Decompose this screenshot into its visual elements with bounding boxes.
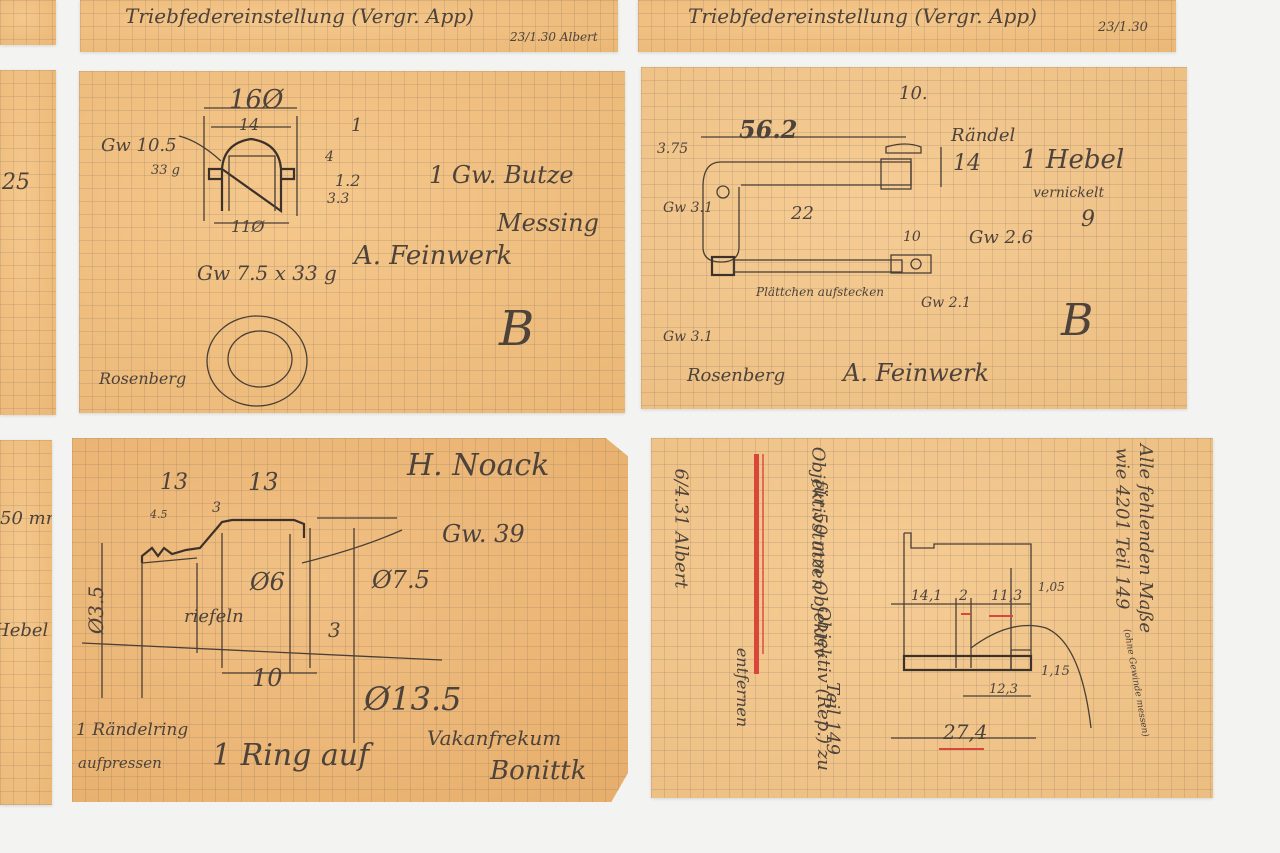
note-gw-4: Gw 3.1 bbox=[663, 329, 713, 345]
card-lever: 10. 56.2 3.75 Rändel 14 22 10 Gw 3.1 Gw … bbox=[641, 67, 1187, 409]
top-left-strip-card: Triebfedereinstellung (Vergr. App) 23/1.… bbox=[80, 0, 618, 52]
card-ring: H. Noack 13 13 4.5 3 Ø3.5 Ø6 riefeln 3 1… bbox=[72, 438, 628, 802]
note-gw-1: Gw 3.1 bbox=[663, 200, 713, 216]
dim-11-3: 11,3 bbox=[991, 588, 1022, 604]
bottom-note-4: Bonittk bbox=[490, 756, 586, 786]
right-note-3: A. Feinwerk bbox=[354, 241, 512, 271]
dim-bottom: 11Ø bbox=[231, 217, 264, 236]
right-note-1: 1 Gw. Butze bbox=[429, 161, 574, 189]
dim-top: 10. bbox=[899, 83, 928, 104]
bottom-left-note: Rosenberg bbox=[687, 365, 785, 386]
dim-top-2: 13 bbox=[248, 468, 279, 496]
bottom-mid-note: A. Feinwerk bbox=[843, 359, 989, 387]
bottom-left-note: Rosenberg bbox=[99, 369, 186, 388]
date-vertical: 6/4.31 Albert bbox=[671, 468, 692, 588]
label-riefeln: riefeln bbox=[184, 606, 244, 627]
dim-10: 10 bbox=[903, 229, 921, 245]
right-note-1: 1 Hebel bbox=[1021, 145, 1124, 175]
dim-2: 2 bbox=[959, 588, 968, 604]
bottom-note-3: 1 Ring auf bbox=[212, 738, 369, 773]
header-name: H. Noack bbox=[407, 448, 549, 483]
dim-outer: 16Ø bbox=[229, 85, 283, 115]
dim-27-4: 27,4 bbox=[943, 720, 988, 744]
dim-1-05: 1,05 bbox=[1038, 580, 1065, 594]
right-note-3: 9 bbox=[1081, 207, 1095, 232]
red-underline-3 bbox=[939, 748, 984, 750]
dim-left: Ø3.5 bbox=[84, 586, 108, 634]
top-right-strip-card: Triebfedereinstellung (Vergr. App) 23/1.… bbox=[638, 0, 1176, 52]
left-fragment-text: Hebel bbox=[0, 620, 48, 641]
rotated-col-4: Objektiv (Rep.) zu bbox=[813, 606, 834, 771]
dim-14: 14 bbox=[953, 151, 981, 176]
left-edge-card-top-strip bbox=[0, 0, 56, 45]
dim-big: Ø13.5 bbox=[364, 680, 461, 718]
dim-outer: Ø7.5 bbox=[372, 566, 430, 594]
note-plate: Plättchen aufstecken bbox=[756, 285, 884, 299]
card-threaded-cap: 16Ø 14 11Ø 1 4 1.2 3.3 Gw 10.5 33 g Gw 7… bbox=[79, 71, 625, 413]
dim-top-1: 13 bbox=[160, 470, 188, 495]
red-underline-2 bbox=[989, 615, 1013, 617]
dim-right-1: 1 bbox=[351, 115, 362, 136]
note-gw-2: Gw 2.6 bbox=[969, 227, 1033, 248]
note-gw: Gw. 39 bbox=[442, 520, 525, 548]
dim-22: 22 bbox=[791, 203, 814, 224]
note-right: Vakanfrekum bbox=[427, 726, 561, 750]
dim-left: 3.75 bbox=[657, 141, 688, 157]
bottom-note-2: aufpressen bbox=[78, 754, 162, 772]
left-note: Gw 10.5 bbox=[101, 135, 177, 156]
left-edge-card-middle: 25 bbox=[0, 70, 56, 415]
strip-heading: Triebfedereinstellung (Vergr. App) bbox=[688, 4, 1037, 28]
strip-heading: Triebfedereinstellung (Vergr. App) bbox=[125, 4, 474, 28]
card-objective-tube: 6/4.31 Albert Objektivstutzen für 50 mm … bbox=[651, 438, 1213, 798]
dim-14-1: 14,1 bbox=[911, 588, 942, 604]
dim-small-1: 4.5 bbox=[150, 508, 168, 521]
dim-inner: 14 bbox=[239, 115, 259, 134]
dim-right: 3 bbox=[328, 618, 341, 642]
right-note-2: vernickelt bbox=[1033, 185, 1104, 201]
dim-right-3: 1.2 bbox=[335, 171, 360, 190]
strip-date: 23/1.30 Albert bbox=[510, 30, 598, 44]
note-gw-3: Gw 2.1 bbox=[921, 295, 971, 311]
label-raendel: Rändel bbox=[951, 125, 1015, 146]
left-note-2: 33 g bbox=[151, 163, 180, 178]
left-edge-card-bottom: 50 mm Hebel bbox=[0, 440, 52, 805]
dim-center: Ø6 bbox=[250, 568, 285, 596]
red-underline-1 bbox=[961, 613, 971, 615]
initials: B bbox=[499, 301, 534, 357]
initials: B bbox=[1061, 295, 1093, 346]
right-note-1: Alle fehlenden Maße bbox=[1135, 444, 1156, 633]
left-fragment-text: 50 mm bbox=[0, 508, 52, 529]
dim-right-4: 3.3 bbox=[327, 191, 349, 207]
dim-1-15: 1,15 bbox=[1041, 664, 1070, 679]
mid-note: Gw 7.5 x 33 g bbox=[197, 261, 337, 285]
dim-small-2: 3 bbox=[212, 500, 221, 516]
dim-12-3: 12,3 bbox=[989, 682, 1018, 697]
dim-bottom: 10 bbox=[252, 664, 283, 692]
left-fragment-text: 25 bbox=[2, 170, 30, 195]
right-note-2: wie 4201 Teil 149 bbox=[1111, 448, 1132, 610]
rotated-col-5: entfernen bbox=[733, 648, 752, 727]
strip-date: 23/1.30 bbox=[1098, 20, 1148, 35]
bottom-note-1: 1 Rändelring bbox=[76, 720, 188, 740]
dim-length: 56.2 bbox=[739, 115, 797, 144]
dim-right-2: 4 bbox=[325, 149, 334, 165]
right-note-2: Messing bbox=[497, 209, 599, 237]
